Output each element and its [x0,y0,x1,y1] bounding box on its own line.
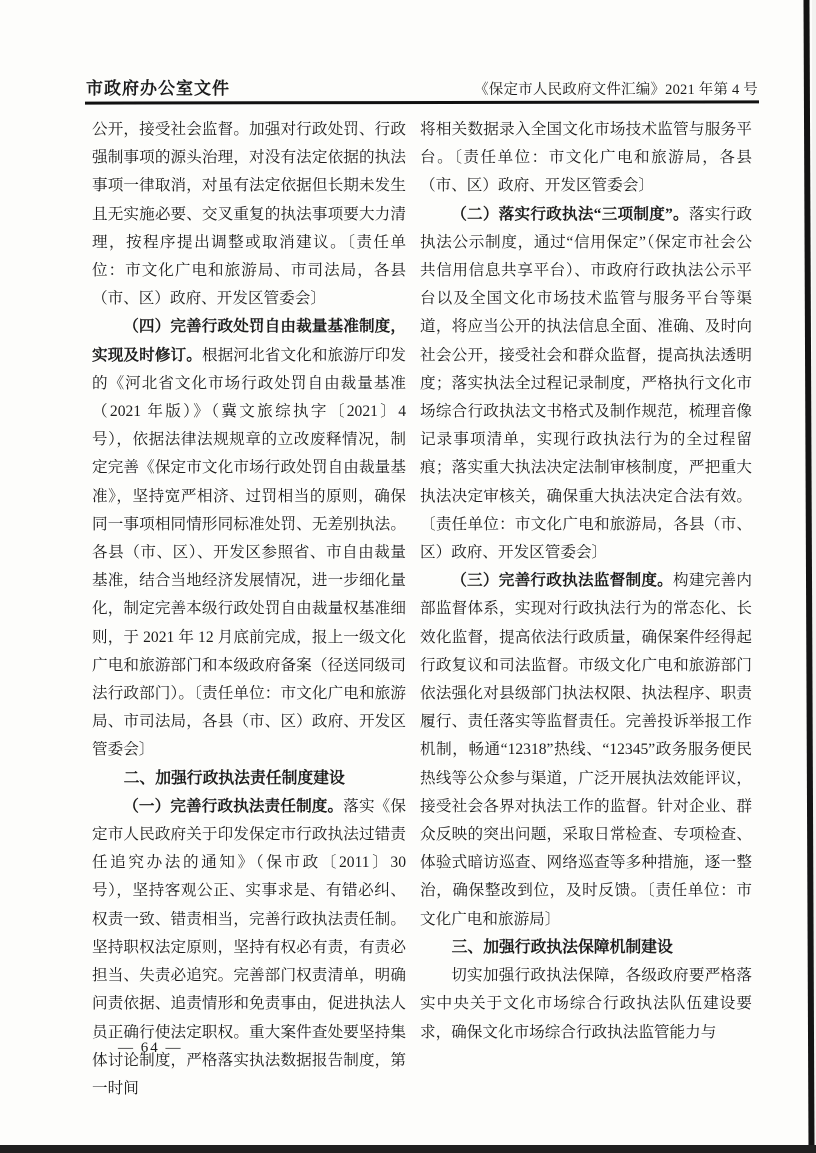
document-page: 市政府办公室文件 《保定市人民政府文件汇编》2021 年第 4 号 公开，接受社… [0,0,816,1153]
page-number: — 64 — [118,1040,183,1057]
paragraph-item3-body: 构建完善内部监督体系，实现对行政执法行为的常态化、长效化监督，提高依法行政质量，… [420,572,752,927]
scan-edge-bottom [0,1145,816,1153]
section-heading-2: 二、加强行政执法责任制度建设 [92,765,406,793]
header-left-title: 市政府办公室文件 [86,74,230,99]
paragraph-item2: （二）落实行政执法“三项制度”。落实行政执法公示制度，通过“信用保定”（保定市社… [420,201,752,568]
paragraph-continuation: 公开，接受社会监督。加强对行政处罚、行政强制事项的源头治理，对没有法定依据的执法… [92,116,406,313]
paragraph-item2-body: 落实行政执法公示制度，通过“信用保定”（保定市社会公共信用信息共享平台）、市政府… [420,206,752,561]
document-body: 公开，接受社会监督。加强对行政处罚、行政强制事项的源头治理，对没有法定依据的执法… [92,116,752,1103]
paragraph-item2-lead: （二）落实行政执法“三项制度”。 [451,206,689,223]
header-rule [85,100,759,104]
paragraph-closing: 切实加强行政执法保障，各级政府要严格落实中央关于文化市场综合行政执法队伍建设要求… [420,962,752,1047]
paragraph-continuation-right: 将相关数据录入全国文化市场技术监管与服务平台。〔责任单位：市文化广电和旅游局，各… [420,116,752,201]
paragraph-item4: （四）完善行政处罚自由裁量基准制度，实现及时修订。根据河北省文化和旅游厅印发的《… [92,313,406,764]
header-right-title: 《保定市人民政府文件汇编》2021 年第 4 号 [474,78,758,99]
paragraph-item3-lead: （三）完善行政执法监督制度。 [451,572,673,589]
paragraph-item3: （三）完善行政执法监督制度。构建完善内部监督体系，实现对行政执法行为的常态化、长… [420,567,752,934]
column-right: 将相关数据录入全国文化市场技术监管与服务平台。〔责任单位：市文化广电和旅游局，各… [420,116,752,1103]
section-heading-3: 三、加强行政执法保障机制建设 [420,934,752,962]
column-left: 公开，接受社会监督。加强对行政处罚、行政强制事项的源头治理，对没有法定依据的执法… [92,116,406,1103]
page-header: 市政府办公室文件 《保定市人民政府文件汇编》2021 年第 4 号 [86,74,758,99]
paragraph-item4-body: 根据河北省文化和旅游厅印发的《河北省文化市场行政处罚自由裁量基准（2021 年版… [92,347,406,759]
paragraph-item1-lead: （一）完善行政执法责任制度。 [123,798,343,815]
